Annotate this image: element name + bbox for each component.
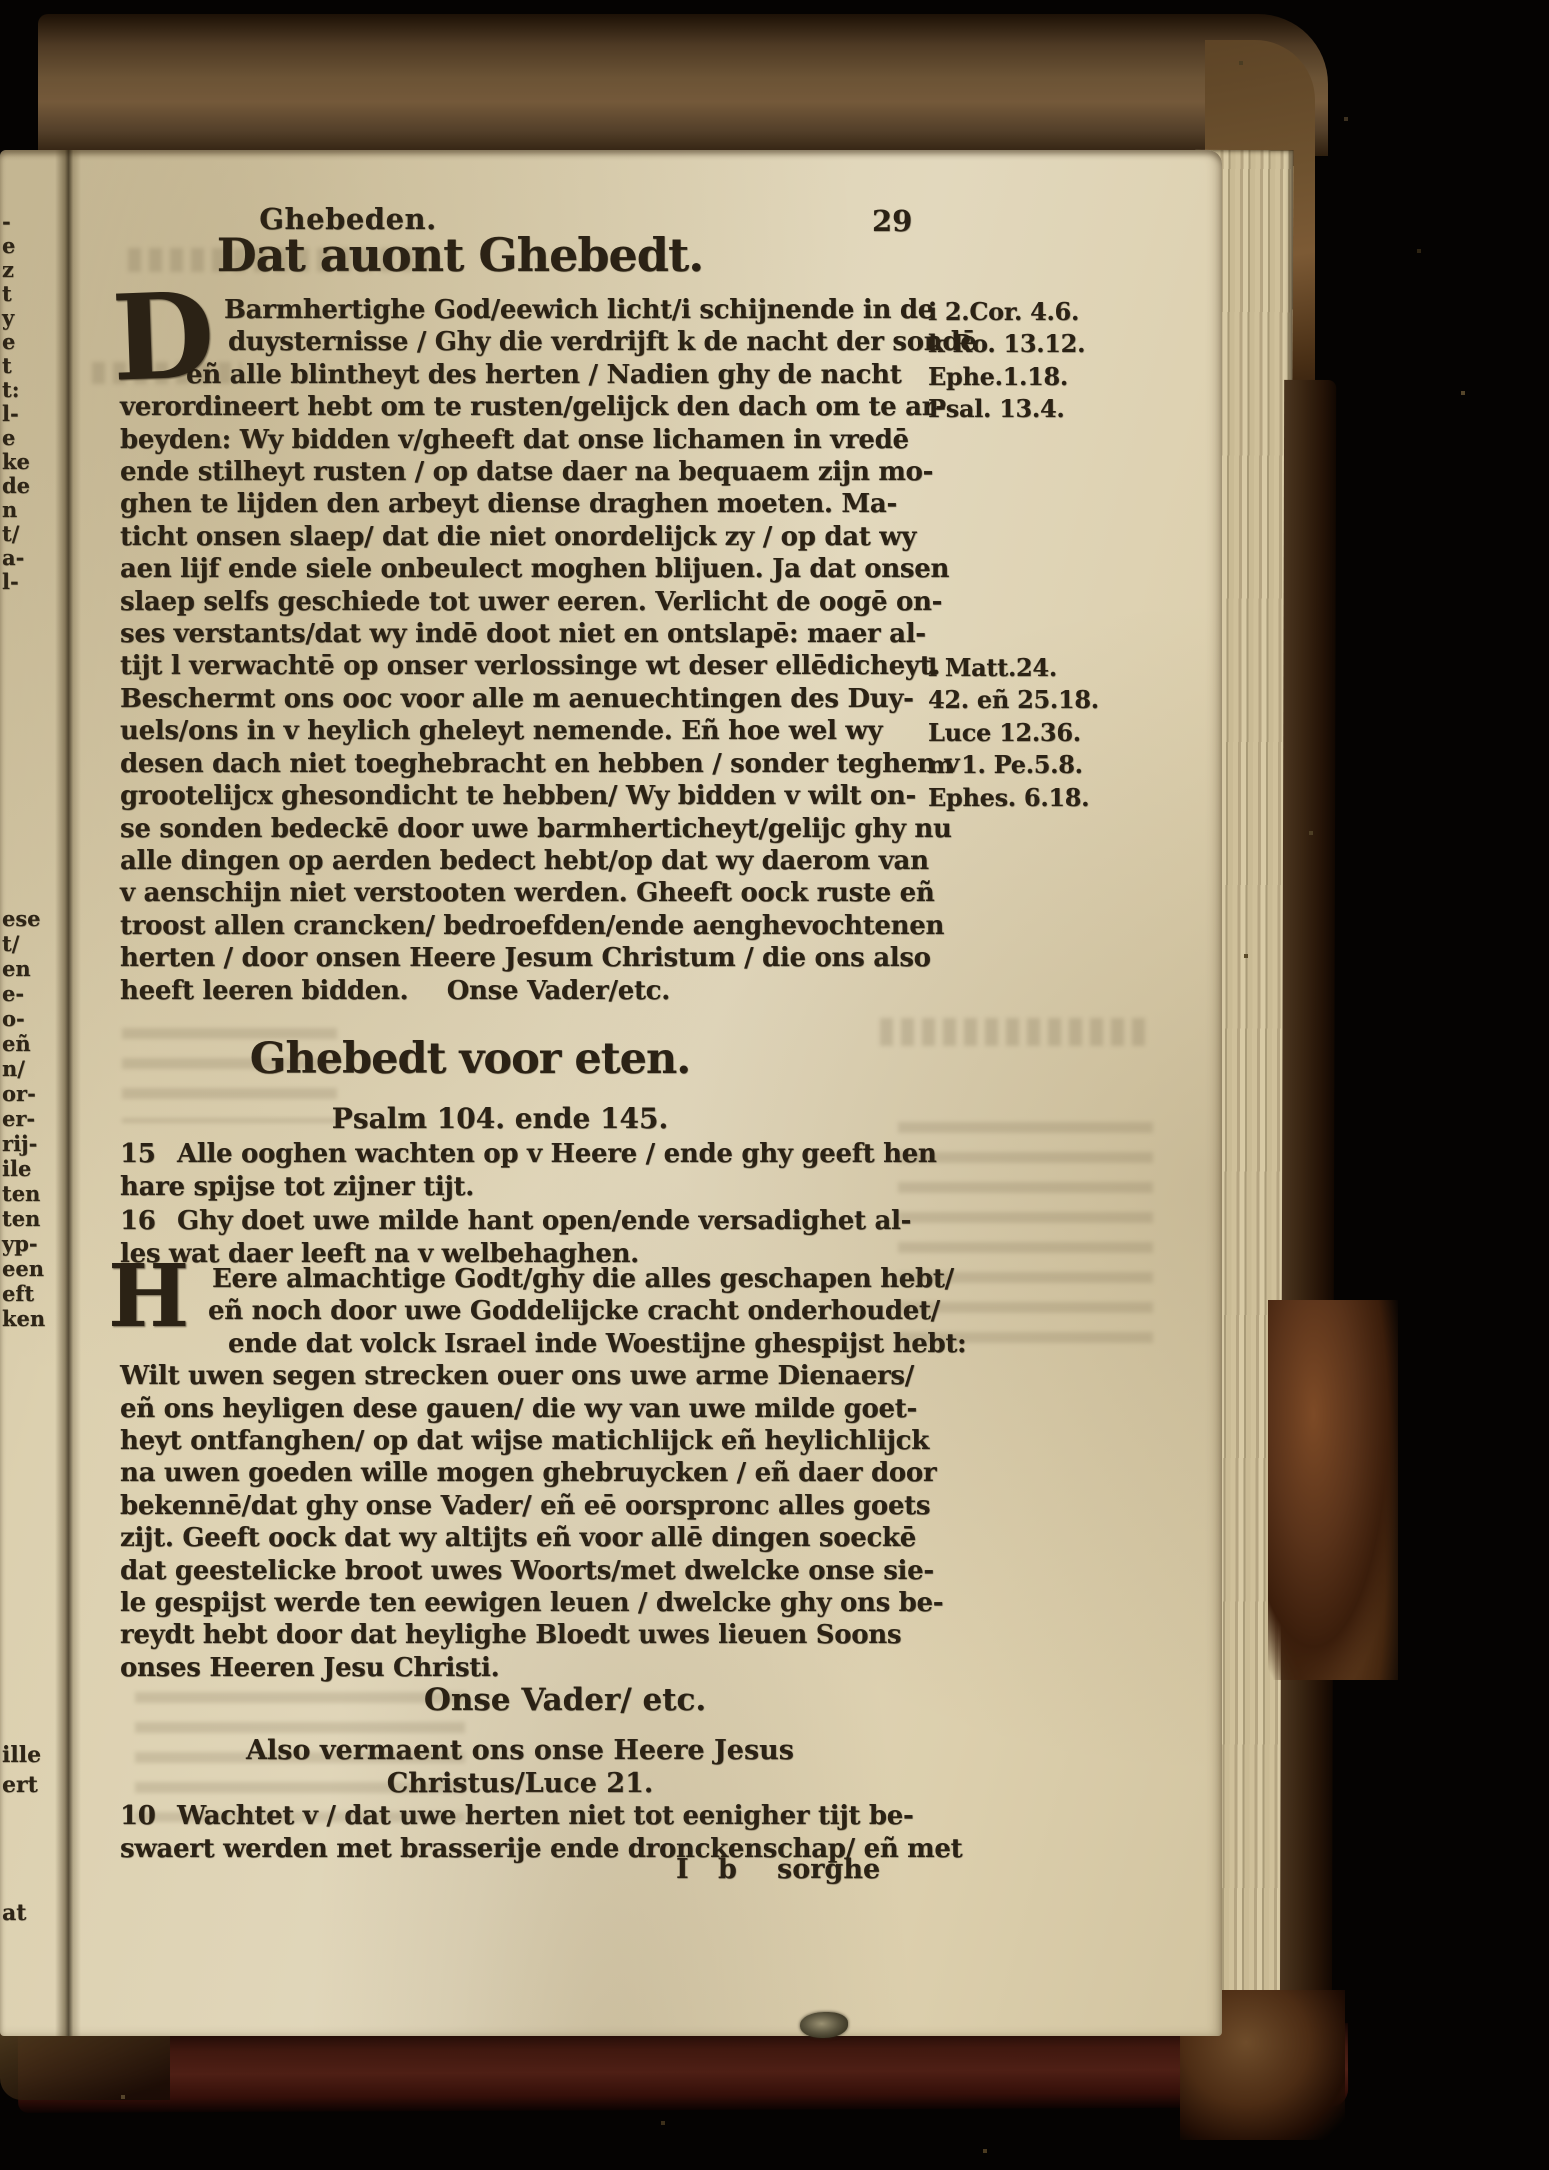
gutter-fragments-middle: eset/ene-o-eñn/or-er-rij-iletentenyp-een… <box>2 906 44 1331</box>
gutter-fragment: e- <box>2 981 44 1006</box>
gutter-fragment: yp- <box>2 1231 44 1256</box>
gutter-crease <box>55 150 81 2036</box>
gutter-fragment: t <box>2 354 44 378</box>
catchword: sorghe <box>777 1854 880 1885</box>
text-line: hare spijse tot zijner tijt. <box>120 1171 920 1204</box>
gutter-fragment: o- <box>2 1006 44 1031</box>
gutter-fragment: z <box>2 258 44 282</box>
gutter-fragment: ken <box>2 1306 44 1331</box>
section-title: Dat auont Ghebedt. <box>140 228 780 282</box>
text-line: Wilt uwen segen strecken ouer ons uwe ar… <box>120 1360 920 1392</box>
text-line: heeft leeren bidden. Onse Vader/etc. <box>120 975 920 1007</box>
drop-cap-initial: D <box>110 280 216 393</box>
gutter-fragment: t <box>2 282 44 306</box>
gutter-fragment: t/ <box>2 522 44 546</box>
text-line: beyden: Wy bidden v/gheeft dat onse lich… <box>120 424 920 456</box>
text-line: aen lijf ende siele onbeulect moghen bli… <box>120 553 920 585</box>
quire-signature: I b <box>676 1854 747 1885</box>
gutter-fragment: ille <box>2 1740 44 1770</box>
text-line: ende dat volck Israel inde Woestijne ghe… <box>120 1328 920 1360</box>
gutter-fragment: rij- <box>2 1131 44 1156</box>
margin-note: Luce 12.36. <box>928 717 1128 749</box>
text-line: Barmhertighe God/eewich licht/i schijnen… <box>120 294 920 326</box>
margin-note: Ephe.1.18. <box>928 361 1128 393</box>
text-line: Christus/Luce 21. <box>140 1767 900 1800</box>
text-line: Beschermt ons ooc voor alle m aenuechtin… <box>120 683 920 715</box>
gutter-fragment: e <box>2 426 44 450</box>
gutter-fragments-lower: illeert <box>2 1740 44 1800</box>
text-line: 15 Alle ooghen wachten op v Heere / ende… <box>120 1138 920 1171</box>
evening-prayer-text: D Barmhertighe God/eewich licht/i schijn… <box>120 294 920 1007</box>
margin-note: 42. eñ 25.18. <box>928 684 1128 716</box>
gutter-fragment: een <box>2 1256 44 1281</box>
margin-note: Psal. 13.4. <box>928 393 1128 425</box>
text-line: troost allen crancken/ bedroefden/ende a… <box>120 910 920 942</box>
text-line: desen dach niet toeghebracht en hebben /… <box>120 748 920 780</box>
gutter-fragment: ten <box>2 1181 44 1206</box>
margin-notes-upper: i 2.Cor. 4.6.k Ro. 13.12.Ephe.1.18.Psal.… <box>928 296 1128 426</box>
gutter-fragment: t/ <box>2 931 44 956</box>
scan-background: -eztyett:l-ekedent/a-l- eset/ene-o-eñn/o… <box>0 0 1549 2170</box>
gutter-fragment: eft <box>2 1281 44 1306</box>
meal-prayer-text: H Eere almachtige Godt/ghy die alles ges… <box>120 1263 920 1684</box>
text-line: Eere almachtige Godt/ghy die alles gesch… <box>120 1263 920 1295</box>
wormhole-blemish <box>800 2012 848 2038</box>
text-line: ticht onsen slaep/ dat die niet onordeli… <box>120 521 920 553</box>
text-line: le gespijst werde ten eewigen leuen / dw… <box>120 1587 920 1619</box>
text-line: tijt l verwachtē op onser verlossinge wt… <box>120 650 920 682</box>
gutter-fragment: a- <box>2 546 44 570</box>
text-line: 10 Wachtet v / dat uwe herten niet tot e… <box>120 1800 920 1833</box>
page-number: 29 <box>872 204 912 238</box>
gutter-fragment: ke <box>2 450 44 474</box>
gutter-fragment: n/ <box>2 1056 44 1081</box>
margin-note: l Matt.24. <box>928 652 1128 684</box>
drop-cap-initial: H <box>108 1257 189 1337</box>
gutter-fragment: l- <box>2 570 44 594</box>
book-cover-top-edge <box>38 14 1328 156</box>
text-line: herten / door onsen Heere Jesum Christum… <box>120 942 920 974</box>
text-line: bekennē/dat ghy onse Vader/ eñ eē oorspr… <box>120 1490 920 1522</box>
margin-notes-lower: l Matt.24.42. eñ 25.18.Luce 12.36.m 1. P… <box>928 652 1128 814</box>
scan-dust-speckles <box>0 0 2 2</box>
our-father-closing: Onse Vader/ etc. <box>205 1682 925 1718</box>
gutter-fragment: ert <box>2 1770 44 1800</box>
text-line: grootelijcx ghesondicht te hebben/ Wy bi… <box>120 780 920 812</box>
book-page: -eztyett:l-ekedent/a-l- eset/ene-o-eñn/o… <box>0 150 1222 2036</box>
margin-note: Ephes. 6.18. <box>928 782 1128 814</box>
gutter-fragment: - <box>2 210 44 234</box>
margin-note: m 1. Pe.5.8. <box>928 749 1128 781</box>
ink-showthrough <box>880 1018 1150 1046</box>
text-line: eñ alle blintheyt des herten / Nadien gh… <box>120 359 920 391</box>
gutter-fragment: ile <box>2 1156 44 1181</box>
text-line: uels/ons in v heylich gheleyt nemende. E… <box>120 715 920 747</box>
book-cover-right-edge <box>1280 380 1336 2060</box>
gutter-fragment: ese <box>2 906 44 931</box>
gutter-fragment: ten <box>2 1206 44 1231</box>
text-line: ghen te lijden den arbeyt diense draghen… <box>120 488 920 520</box>
gutter-fragment: n <box>2 498 44 522</box>
gutter-fragments-bottom: at <box>2 1900 44 1926</box>
text-line: se sonden bedeckē door uwe barmhertichey… <box>120 813 920 845</box>
margin-note: i 2.Cor. 4.6. <box>928 296 1128 328</box>
gutter-fragment: e <box>2 330 44 354</box>
text-line: verordineert hebt om te rusten/gelijck d… <box>120 391 920 423</box>
clasp-remnant <box>1268 1300 1398 1680</box>
text-line: v aenschijn niet verstooten werden. Ghee… <box>120 877 920 909</box>
text-line: zijt. Geeft oock dat wy altijts eñ voor … <box>120 1522 920 1554</box>
gutter-fragment: e <box>2 234 44 258</box>
text-line: alle dingen op aerden bedect hebt/op dat… <box>120 845 920 877</box>
text-line: slaep selfs geschiede tot uwer eeren. Ve… <box>120 586 920 618</box>
text-line: reydt hebt door dat heylighe Bloedt uwes… <box>120 1619 920 1651</box>
psalm-verse-16: 16 Ghy doet uwe milde hant open/ende ver… <box>120 1205 920 1271</box>
book-cover-bottom-edge <box>18 2023 1348 2113</box>
text-line: Also vermaent ons onse Heere Jesus <box>140 1734 900 1767</box>
text-line: onses Heeren Jesu Christi. <box>120 1652 920 1684</box>
gutter-fragment: er- <box>2 1106 44 1131</box>
gutter-fragment: y <box>2 306 44 330</box>
text-line: ende stilheyt rusten / op datse daer na … <box>120 456 920 488</box>
gutter-fragment: de <box>2 474 44 498</box>
text-line: dat geestelicke broot uwes Woorts/met dw… <box>120 1555 920 1587</box>
gutter-fragments-top: -eztyett:l-ekedent/a-l- <box>2 210 44 594</box>
psalm-verse-15: 15 Alle ooghen wachten op v Heere / ende… <box>120 1138 920 1204</box>
text-line: heyt ontfanghen/ op dat wijse matichlijc… <box>120 1425 920 1457</box>
text-line: na uwen goeden wille mogen ghebruycken /… <box>120 1457 920 1489</box>
text-line: eñ ons heyligen dese gauen/ die wy van u… <box>120 1393 920 1425</box>
gutter-fragment: or- <box>2 1081 44 1106</box>
text-line: eñ noch door uwe Goddelijcke cracht onde… <box>120 1295 920 1327</box>
meal-prayer-heading: Ghebedt voor eten. <box>140 1034 800 1084</box>
text-line: ses verstants/dat wy indē doot niet en o… <box>120 618 920 650</box>
gutter-fragment: at <box>2 1900 44 1926</box>
admonition-intro: Also vermaent ons onse Heere JesusChrist… <box>140 1734 900 1800</box>
margin-note: k Ro. 13.12. <box>928 328 1128 360</box>
gutter-fragment: l- <box>2 402 44 426</box>
gutter-fragment: t: <box>2 378 44 402</box>
gutter-fragment: eñ <box>2 1031 44 1056</box>
text-line: 16 Ghy doet uwe milde hant open/ende ver… <box>120 1205 920 1238</box>
psalm-reference: Psalm 104. ende 145. <box>140 1102 860 1135</box>
gutter-fragment: en <box>2 956 44 981</box>
text-line: duysternisse / Ghy die verdrijft k de na… <box>120 326 920 358</box>
